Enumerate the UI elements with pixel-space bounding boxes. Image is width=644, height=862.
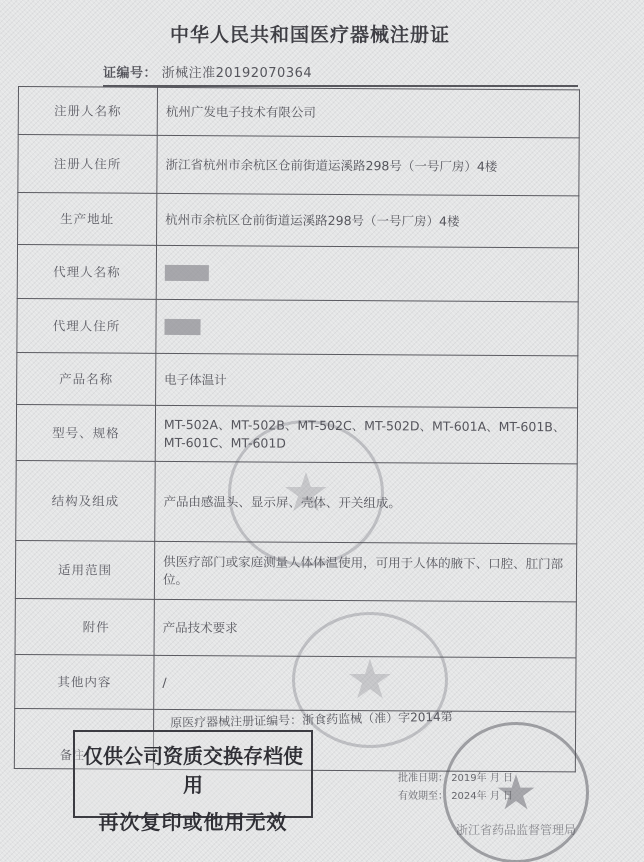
document-title: 中华人民共和国医疗器械注册证 (0, 20, 620, 47)
certificate-number: 证编号： 浙械注准20192070364 (103, 62, 312, 81)
table-row: 结构及组成 产品由感温头、显示屏、壳体、开关组成。 (16, 460, 577, 543)
authority-seal-text: 浙江省药品监督管理局 (446, 821, 586, 838)
approval-date-line: 批准日期： 2019年 月 日 (398, 770, 513, 788)
row-label: 注册人名称 (18, 87, 157, 136)
agent-address (156, 299, 578, 356)
table-row: 生产地址 杭州市余杭区仓前街道运溪路298号（一号厂房）4楼 (18, 193, 579, 248)
certificate-number-value: 浙械注准20192070364 (162, 66, 312, 81)
table-row: 代理人名称 (17, 245, 578, 302)
approval-date-label: 批准日期： (398, 773, 448, 784)
row-label: 代理人住所 (17, 298, 156, 353)
redacted-block (164, 319, 200, 335)
approval-date: 2019年 月 日 (451, 773, 513, 784)
row-label: 注册人住所 (18, 135, 157, 194)
row-label: 其他内容 (15, 654, 154, 709)
expiry-date-label: 有效期至： (398, 791, 448, 802)
row-label: 型号、规格 (16, 404, 155, 461)
registrant-address: 浙江省杭州市余杭区仓前街道运溪路298号（一号厂房）4楼 (157, 135, 579, 196)
registrant-name: 杭州广发电子技术有限公司 (157, 87, 579, 138)
redacted-block (165, 265, 209, 281)
table-row: 附件 产品技术要求 (15, 598, 576, 657)
stamp-line-1: 仅供公司资质交换存档使用 (75, 740, 311, 798)
certificate-number-label: 证编号： (103, 66, 157, 81)
validity-dates: 批准日期： 2019年 月 日 有效期至： 2024年 月 日 (398, 770, 513, 806)
expiry-date: 2024年 月 日 (451, 791, 513, 802)
table-row: 注册人住所 浙江省杭州市余杭区仓前街道运溪路298号（一号厂房）4楼 (18, 135, 579, 196)
table-row: 产品名称 电子体温计 (17, 352, 578, 407)
table-row: 型号、规格 MT-502A、MT-502B、MT-502C、MT-502D、MT… (16, 404, 577, 463)
copy-restriction-stamp: 仅供公司资质交换存档使用 再次复印或他用无效 (73, 730, 313, 818)
registration-table: 注册人名称 杭州广发电子技术有限公司 注册人住所 浙江省杭州市余杭区仓前街道运溪… (14, 86, 580, 772)
table-row: 代理人住所 (17, 298, 578, 355)
expiry-date-line: 有效期至： 2024年 月 日 (398, 788, 513, 806)
row-label: 生产地址 (18, 193, 157, 246)
structure-composition: 产品由感温头、显示屏、壳体、开关组成。 (155, 461, 577, 544)
table-row: 适用范围 供医疗部门或家庭测量人体体温使用，可用于人体的腋下、口腔、肛门部位。 (15, 540, 576, 601)
stamp-line-2: 再次复印或他用无效 (75, 806, 311, 835)
scope-of-application: 供医疗部门或家庭测量人体体温使用，可用于人体的腋下、口腔、肛门部位。 (154, 541, 576, 602)
row-label: 产品名称 (17, 352, 156, 405)
model-specification: MT-502A、MT-502B、MT-502C、MT-502D、MT-601A、… (155, 405, 577, 464)
table-row: 注册人名称 杭州广发电子技术有限公司 (18, 87, 579, 138)
row-label: 附件 (15, 598, 154, 655)
production-address: 杭州市余杭区仓前街道运溪路298号（一号厂房）4楼 (157, 193, 579, 248)
row-label: 结构及组成 (16, 460, 155, 541)
table-row: 其他内容 / (15, 654, 576, 711)
agent-name (156, 245, 578, 302)
product-name: 电子体温计 (156, 353, 578, 408)
row-label: 适用范围 (15, 540, 154, 599)
row-label: 代理人名称 (17, 245, 156, 300)
attachment: 产品技术要求 (154, 599, 576, 658)
other-content: / (154, 655, 576, 712)
